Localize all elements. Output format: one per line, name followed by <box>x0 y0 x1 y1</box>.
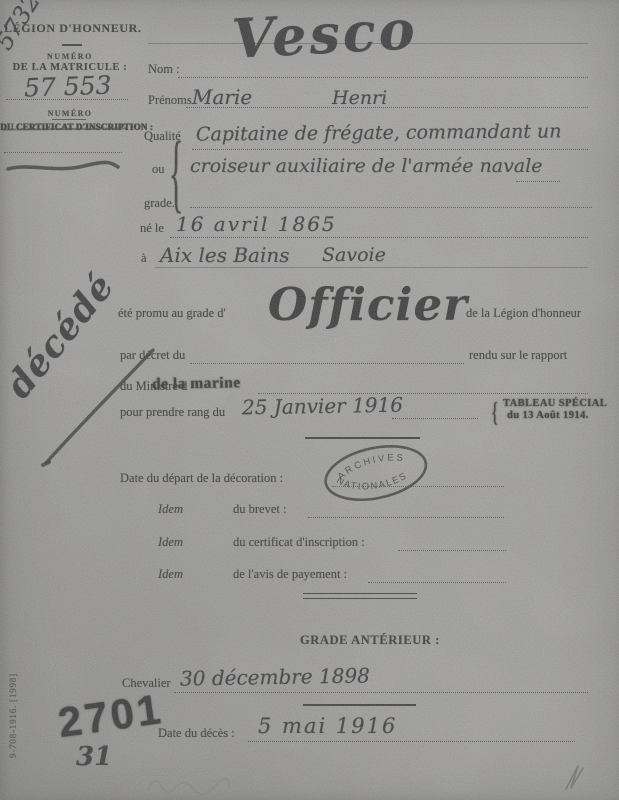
nom-value: Vesco <box>230 0 419 71</box>
pencil-number-31: 31 <box>76 742 112 772</box>
birth-place-line <box>155 267 588 268</box>
chevalier-line <box>174 692 588 693</box>
certificate-label-underline <box>52 119 86 120</box>
brevet-line <box>308 517 504 518</box>
certificat-line <box>398 550 506 551</box>
rang-line <box>392 418 478 419</box>
printer-imprint: 9-708-1916. [1998] <box>8 673 18 758</box>
stamp-2701: 2701 <box>55 685 166 747</box>
left-panel: LÉGION D'HONNEUR. NUMÉRO DE LA MATRICULE… <box>0 0 140 220</box>
qualite-rule-1 <box>192 149 588 150</box>
birth-place: Aix les Bains <box>160 243 290 267</box>
idem-brevet-label: Idem <box>158 502 183 517</box>
promu-prefix: été promu au grade d' <box>118 306 226 321</box>
decret-suffix: rendu sur le rapport <box>469 348 567 363</box>
depart-label: Date du départ de la décoration : <box>120 471 283 486</box>
pencil-check-mark <box>566 766 583 789</box>
grade-value: Officier <box>268 278 456 331</box>
decret-line <box>190 363 464 364</box>
qualite-rule-3 <box>190 207 592 208</box>
tableau-brace: { <box>491 398 499 429</box>
certificat-label: du certificat d'inscription : <box>233 535 365 550</box>
nom-label: Nom : <box>148 62 180 77</box>
certificate-label-1: NUMÉRO <box>4 109 136 118</box>
qualite-rule-2 <box>516 181 560 182</box>
ne-le-label: né le <box>140 221 164 236</box>
matricule-label-1: NUMÉRO <box>4 52 136 61</box>
separator-rule-2 <box>303 593 417 599</box>
deces-line <box>248 741 575 742</box>
legion-title: LÉGION D'HONNEUR. <box>4 21 136 36</box>
rang-label: pour prendre rang du <box>120 405 225 420</box>
faint-pencil-marks <box>148 779 229 795</box>
qualite-line-1: Capitaine de frégate, commandant un <box>196 120 562 145</box>
tableau-stamp-line-2: du 13 Août 1914. <box>507 410 589 421</box>
separator-rule-3 <box>303 704 416 706</box>
archives-stamp: ARCHIVES NATIONALES <box>313 431 440 518</box>
brevet-label: du brevet : <box>233 502 286 517</box>
title-rule <box>62 44 82 46</box>
prenom-2: Henri <box>332 87 387 109</box>
matricule-line <box>6 99 128 100</box>
payement-line <box>368 582 506 583</box>
prenoms-line <box>186 107 588 108</box>
document-page: 5732 LÉGION D'HONNEUR. NUMÉRO DE LA MATR… <box>0 0 619 800</box>
depart-line <box>332 486 504 487</box>
qualite-brace: { <box>169 126 184 225</box>
deces-date: 5 mai 1916 <box>258 714 397 738</box>
decede-diagonal-tick <box>43 462 49 465</box>
decede-annotation: décédé <box>0 266 123 407</box>
idem-certificat-label: Idem <box>158 535 183 550</box>
matricule-value: 57 553 <box>24 70 112 102</box>
decret-label: par décret du <box>120 348 185 363</box>
ministre-stamp: de la marine <box>152 374 241 394</box>
certificate-line <box>4 152 122 153</box>
deces-label: Date du décès : <box>158 726 235 741</box>
promu-suffix: de la Légion d'honneur <box>466 306 581 321</box>
chevalier-date: 30 décembre 1898 <box>180 663 370 690</box>
birth-date: 16 avril 1865 <box>176 212 337 236</box>
nom-line <box>178 77 588 78</box>
idem-payement-label: Idem <box>158 567 183 582</box>
birth-region: Savoie <box>322 244 386 266</box>
a-label: à <box>141 251 147 266</box>
tableau-stamp-line-1: TABLEAU SPÉCIAL <box>503 398 607 409</box>
prenom-1: Marie <box>192 85 252 109</box>
qualite-label-2: ou <box>152 162 165 177</box>
payement-label: de l'avis de payement : <box>233 567 347 582</box>
rang-value: 25 Janvier 1916 <box>242 393 403 420</box>
qualite-line-2: croiseur auxiliaire de l'armée navale <box>190 155 543 177</box>
prenoms-label: Prénoms <box>148 93 192 108</box>
birth-date-line <box>170 237 588 238</box>
grade-anterieur-title: GRADE ANTÉRIEUR : <box>298 633 442 648</box>
